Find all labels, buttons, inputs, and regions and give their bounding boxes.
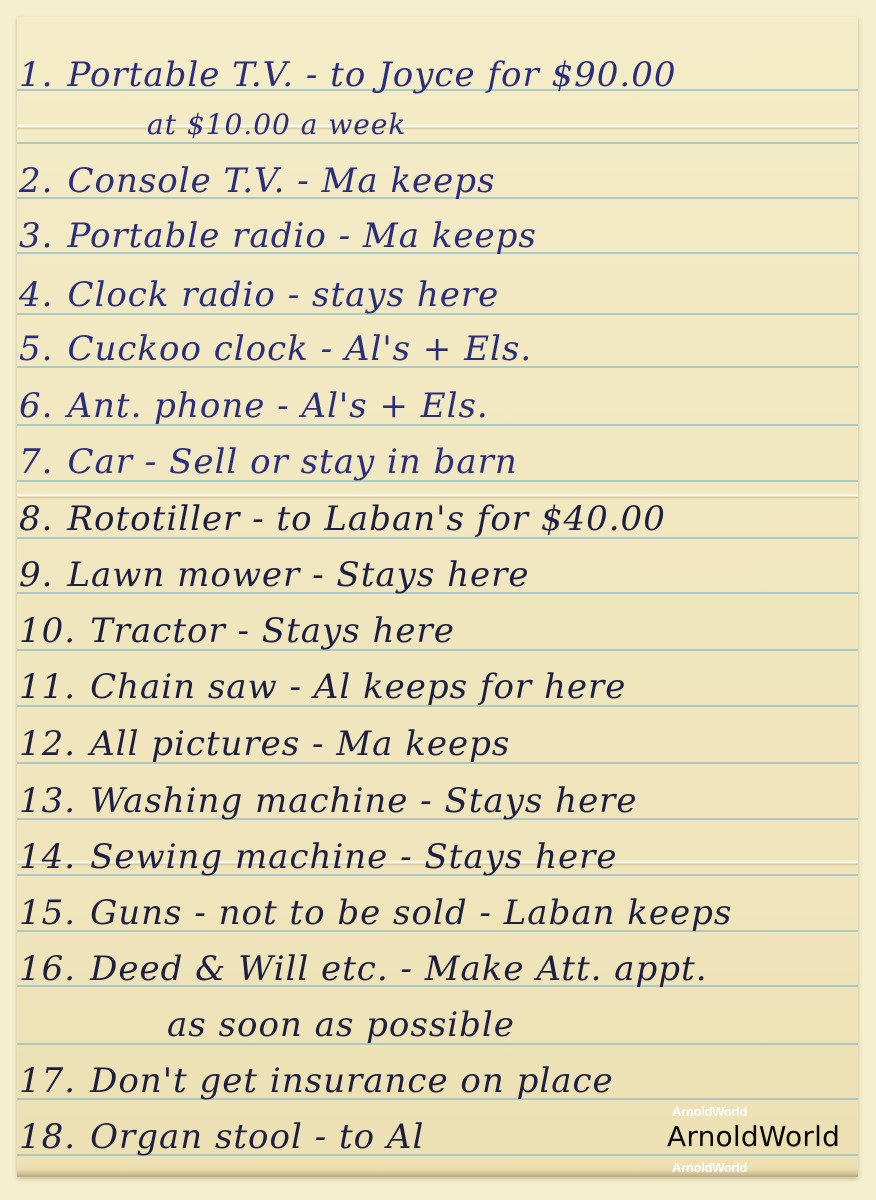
list-item-18: 18.Organ stool - to Al (19, 1117, 424, 1157)
item-text: Tractor - Stays here (90, 611, 455, 651)
lined-paper-sheet: 1.Portable T.V. - to Joyce for $90.00 at… (17, 17, 858, 1177)
item-text: Don't get insurance on place (90, 1061, 614, 1101)
item-text: Deed & Will etc. - Make Att. appt. (90, 949, 707, 989)
item-text: Portable T.V. - to Joyce for $90.00 (67, 55, 676, 95)
list-item-4: 4.Clock radio - stays here (19, 275, 499, 315)
item-number: 18. (19, 1117, 76, 1157)
item-text: Sewing machine - Stays here (90, 837, 617, 877)
watermark-top: ArnoldWorld (672, 1104, 747, 1119)
watermark-bottom: ArnoldWorld (672, 1160, 747, 1175)
item-text-continuation: as soon as possible (167, 1005, 515, 1045)
list-item-17: 17.Don't get insurance on place (19, 1061, 614, 1101)
list-item-11: 11.Chain saw - Al keeps for here (19, 667, 626, 707)
item-number: 2. (19, 161, 53, 201)
item-number: 9. (19, 555, 53, 595)
item-text: Washing machine - Stays here (90, 781, 637, 821)
list-item-3: 3.Portable radio - Ma keeps (19, 216, 537, 256)
item-text: Cuckoo clock - Al's + Els. (67, 329, 532, 369)
item-number: 15. (19, 893, 76, 933)
list-item-9: 9.Lawn mower - Stays here (19, 555, 529, 595)
item-text: Ant. phone - Al's + Els. (67, 386, 488, 426)
item-number: 7. (19, 442, 53, 482)
item-number: 1. (19, 55, 53, 95)
list-item-14: 14.Sewing machine - Stays here (19, 837, 617, 877)
item-text: Car - Sell or stay in barn (67, 442, 517, 482)
item-number: 14. (19, 837, 76, 877)
item-number: 4. (19, 275, 53, 315)
item-number: 3. (19, 216, 53, 256)
item-number: 11. (19, 667, 76, 707)
item-text: Console T.V. - Ma keeps (67, 161, 495, 201)
item-number: 6. (19, 386, 53, 426)
list-item-16-continuation: as soon as possible (167, 1005, 515, 1045)
item-text: All pictures - Ma keeps (90, 724, 510, 764)
list-item-5: 5.Cuckoo clock - Al's + Els. (19, 329, 532, 369)
ruled-line (17, 142, 858, 144)
item-number: 17. (19, 1061, 76, 1101)
list-item-2: 2.Console T.V. - Ma keeps (19, 161, 496, 201)
list-item-15: 15.Guns - not to be sold - Laban keeps (19, 893, 732, 933)
item-number: 5. (19, 329, 53, 369)
list-item-16: 16.Deed & Will etc. - Make Att. appt. (19, 949, 708, 989)
list-item-13: 13.Washing machine - Stays here (19, 781, 638, 821)
watermark-main: ArnoldWorld (667, 1120, 840, 1153)
item-text: Rototiller - to Laban's for $40.00 (67, 499, 665, 539)
list-item-12: 12.All pictures - Ma keeps (19, 724, 510, 764)
item-text: Organ stool - to Al (90, 1117, 424, 1157)
item-text: Guns - not to be sold - Laban keeps (90, 893, 732, 933)
item-text: Portable radio - Ma keeps (67, 216, 536, 256)
item-text: Chain saw - Al keeps for here (90, 667, 626, 707)
item-number: 13. (19, 781, 76, 821)
item-text-continuation: at $10.00 a week (147, 108, 406, 141)
item-text: Clock radio - stays here (67, 275, 499, 315)
item-text: Lawn mower - Stays here (67, 555, 529, 595)
item-number: 8. (19, 499, 53, 539)
item-number: 10. (19, 611, 76, 651)
list-item-6: 6.Ant. phone - Al's + Els. (19, 386, 489, 426)
list-item-1: 1.Portable T.V. - to Joyce for $90.00 (19, 55, 677, 95)
list-item-8: 8.Rototiller - to Laban's for $40.00 (19, 499, 666, 539)
list-item-7: 7.Car - Sell or stay in barn (19, 442, 518, 482)
paper-fold (17, 124, 858, 130)
list-item-10: 10.Tractor - Stays here (19, 611, 455, 651)
list-item-1-continuation: at $10.00 a week (147, 105, 406, 145)
item-number: 16. (19, 949, 76, 989)
item-number: 12. (19, 724, 76, 764)
